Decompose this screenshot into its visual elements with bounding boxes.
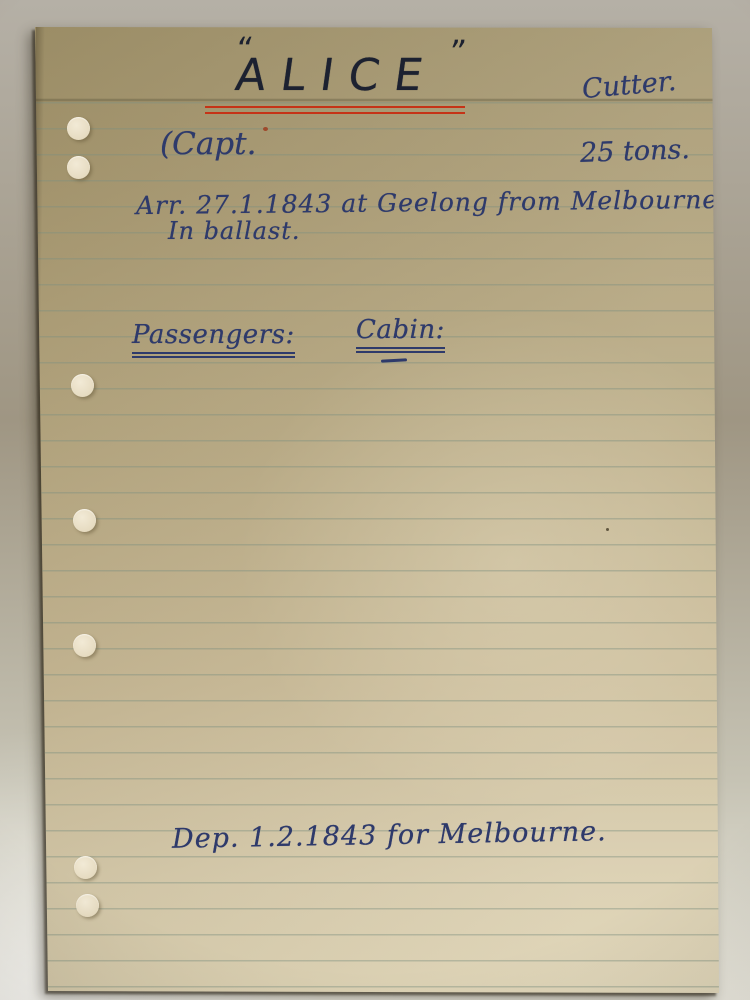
title-close-quote: ”: [447, 36, 468, 68]
punch-hole: [76, 894, 99, 917]
photo-of-document: “ ALICE ” Cutter. (Capt. 25 tons. Arr. 2…: [0, 0, 750, 1000]
captain-note: (Capt.: [160, 126, 256, 162]
ink-speck: [263, 127, 268, 131]
paper-shadow-wrap: “ ALICE ” Cutter. (Capt. 25 tons. Arr. 2…: [0, 0, 750, 1000]
page-title: ALICE: [233, 54, 440, 98]
cabin-heading: Cabin:: [356, 315, 445, 353]
punch-hole: [67, 117, 90, 140]
ruled-lines: [0, 102, 750, 1000]
punch-hole: [74, 856, 97, 879]
punch-hole: [71, 374, 94, 397]
passengers-heading: Passengers:: [132, 320, 295, 358]
punch-hole: [73, 509, 96, 532]
arrival-note: Arr. 27.1.1843 at Geelong from Melbourne…: [136, 185, 727, 220]
title-red-underline: [205, 106, 465, 114]
tonnage-note: 25 tons.: [579, 134, 690, 169]
ballast-note: In ballast.: [168, 217, 301, 245]
punch-hole: [73, 634, 96, 657]
ink-speck: [606, 528, 609, 531]
punch-hole: [67, 156, 90, 179]
notebook-page: “ ALICE ” Cutter. (Capt. 25 tons. Arr. 2…: [0, 0, 750, 1000]
